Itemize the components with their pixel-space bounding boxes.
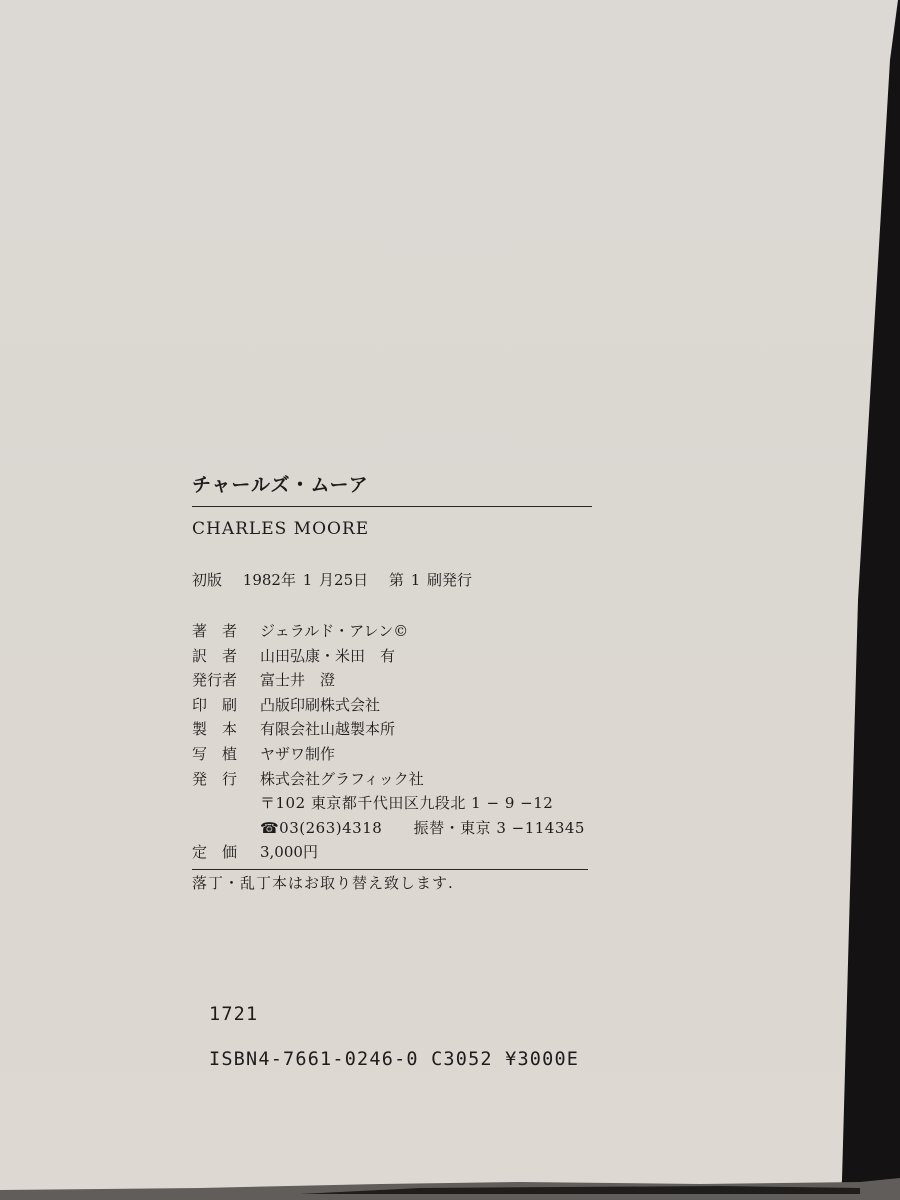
credit-label: 発行者 [192, 668, 260, 693]
credit-value: 株式会社グラフィック社 [260, 767, 592, 792]
credit-value: ヤザワ制作 [260, 742, 592, 767]
credit-row-publisher-person: 発行者 富士井 澄 [192, 668, 592, 693]
book-title-japanese: チャールズ・ムーア [192, 470, 592, 506]
credit-row-binder: 製 本 有限会社山越製本所 [192, 717, 592, 742]
credit-value: ジェラルド・アレン© [260, 619, 592, 644]
credit-row-printer: 印 刷 凸版印刷株式会社 [192, 693, 592, 718]
publisher-phone: ☎03(263)4318 [260, 819, 382, 837]
credit-value: 山田弘康・米田 有 [260, 644, 592, 669]
credit-value: 凸版印刷株式会社 [260, 693, 592, 718]
publisher-address-row: 〒102 東京都千代田区九段北 1 − 9 −12 [192, 791, 592, 816]
price-label: 定 価 [192, 840, 260, 865]
edition-printing: 第 1 刷発行 [389, 571, 472, 589]
book-codes: 1721 ISBN4-7661-0246-0 C3052 ¥3000E [209, 1000, 579, 1075]
isbn-code: ISBN4-7661-0246-0 C3052 ¥3000E [209, 1045, 579, 1075]
credit-row-publisher: 発 行 株式会社グラフィック社 [192, 767, 592, 792]
publisher-address: 〒102 東京都千代田区九段北 1 − 9 −12 [260, 791, 592, 816]
book-title-english: CHARLES MOORE [192, 514, 592, 544]
credit-label: 発 行 [192, 767, 260, 792]
credit-row-price: 定 価 3,000円 [192, 840, 592, 865]
credit-label: 著 者 [192, 619, 260, 644]
book-number: 1721 [209, 1000, 579, 1030]
credit-value: 富士井 澄 [260, 668, 592, 693]
publisher-contact: ☎03(263)4318 振替・東京 3 −114345 [260, 816, 592, 841]
credit-row-typesetting: 写 植 ヤザワ制作 [192, 742, 592, 767]
credit-label: 写 植 [192, 742, 260, 767]
credit-label: 訳 者 [192, 644, 260, 669]
credit-label-empty [192, 791, 260, 816]
price-value: 3,000円 [260, 840, 592, 865]
credit-label-empty [192, 816, 260, 841]
credit-label: 製 本 [192, 717, 260, 742]
replacement-notice: 落丁・乱丁本はお取り替え致します. [192, 870, 592, 894]
credits-list: 著 者 ジェラルド・アレン© 訳 者 山田弘康・米田 有 発行者 富士井 澄 印… [192, 619, 592, 865]
credit-row-author: 著 者 ジェラルド・アレン© [192, 619, 592, 644]
transfer-account: 振替・東京 3 −114345 [414, 819, 585, 837]
title-divider [192, 506, 592, 507]
edition-label: 初版 [192, 571, 222, 589]
colophon: チャールズ・ムーア CHARLES MOORE 初版 1982年 1 月25日 … [192, 470, 592, 894]
edition-date: 1982年 1 月25日 [243, 571, 368, 589]
credit-row-translator: 訳 者 山田弘康・米田 有 [192, 644, 592, 669]
edition-line: 初版 1982年 1 月25日 第 1 刷発行 [192, 568, 592, 592]
credit-label: 印 刷 [192, 693, 260, 718]
publisher-contact-row: ☎03(263)4318 振替・東京 3 −114345 [192, 816, 592, 841]
credit-value: 有限会社山越製本所 [260, 717, 592, 742]
